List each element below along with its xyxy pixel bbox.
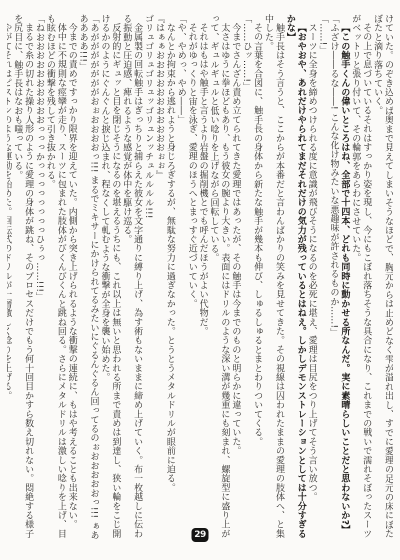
paragraph: けていた。のぞき込めば奥まで見えてしまいそうなほどで、胸元からは止めどなく雫が溢… xyxy=(371,14,393,542)
paragraph: ゴリュゴリュゴリュッゴリュンッチュルルルル!!! xyxy=(142,14,153,542)
paragraph: 今までさんざん責め立てられてきた愛理ではあったが、その触手は今までのものと明らか… xyxy=(229,14,240,542)
paragraph: 反射的にギュッと目を閉じそうになるのを堪えるうちにも、これ以上は無いと思われる所… xyxy=(99,14,121,542)
paragraph: 触手長はそう言うと、ここからが本番だと言わんばかりの笑みを見せてきた。その視線は… xyxy=(262,14,284,542)
page-number-badge: 29 xyxy=(192,528,209,542)
paragraph: 太さはゆうに拳ほどもあり、もう彼女の腕より大きい。表面にはドリルのような深い溝が… xyxy=(208,14,230,542)
dialogue-paragraph-bold: 【この触手くんの偉いところはね、全部で十四本、どれも同時に動かせる所なんだ。実に… xyxy=(338,14,349,542)
manuscript-page: けていた。のぞき込めば奥まで見えてしまいそうなほどで、胸元からは止めどなく雫が溢… xyxy=(0,0,400,560)
paragraph: 金属製の回転触手はぎっちりと捕らえた彼女を文字通りに縛り上げ、為す術もないままに… xyxy=(120,14,142,542)
paragraph: 「ねおおおおおおおおおおっっっかっっっっっっっっひぅっ……!!!」 xyxy=(33,14,44,542)
paragraph: スーツに全身を締めつけられる度に意識が飛びそうになるのを必死に堪え、愛理は目尻を… xyxy=(306,14,317,542)
paragraph: それがゆっくりと宙を泳ぎ、愛理のほうへとまっすぐ近づいていく。 xyxy=(186,14,197,542)
vertical-text-block: けていた。のぞき込めば奥まで見えてしまいそうなほどで、胸元からは止めどなく雫が溢… xyxy=(7,14,393,542)
page-number: 29 xyxy=(194,530,206,540)
paragraph: まるで糸の切れた操り人形のように愛理の身体が跳ね、そのプロセスだけでもう何十回目… xyxy=(11,14,33,542)
paragraph: 「や、やめっ、やめ――」 xyxy=(175,14,186,542)
paragraph: なんとか拘束から逃れようと身じろぎするが、無駄な努力に過ぎなかった。とうとうメタ… xyxy=(164,14,175,542)
paragraph: 「……!」 xyxy=(317,14,328,542)
paragraph: 「あがががががががおぉおおおおっ!!! まるでミキサーにかけられてるみたいにぐる… xyxy=(77,14,99,542)
paragraph: 「ふざけ――るな――! こんな化け物みたいな悪趣味が許されるものか……!」 xyxy=(328,14,339,542)
paragraph: 今までの責めですっかり限界を迎えていた。内側から突き上げられるような衝撃の連続に… xyxy=(66,14,77,542)
paragraph: その言葉を合図に、触手長の身体から新たな触手が幾本も伸び、しゅるしゅるとまとわり… xyxy=(251,14,262,542)
paragraph: その上で息づいているそれはすっかり姿を現し、今にもこぼれ落ちそうな具合になり、こ… xyxy=(349,14,371,542)
paragraph: 体中に不規則な痙攣が走り、スーツに包まれた肢体がびくんびくんと跳ね回る。さらにメ… xyxy=(44,14,66,542)
dialogue-paragraph-bold: 【おやおや、あれだけやられてまだそれだけの気力が残っているとはねえ。しかしデモン… xyxy=(284,14,306,542)
paragraph: 「……ひッ……!」 xyxy=(240,14,251,542)
paragraph: それはもはや触手と言うより岩盤の掘削機とでも呼んだほうがよい代物だ。 xyxy=(197,14,208,542)
paragraph: やがてそれはピストンのような運動を始めた。回転式のドリルが一層激しく唸りを上げる… xyxy=(7,14,11,542)
paragraph: 『はぁぁおおおおおおおおおおおぉぉ』 xyxy=(153,14,164,542)
